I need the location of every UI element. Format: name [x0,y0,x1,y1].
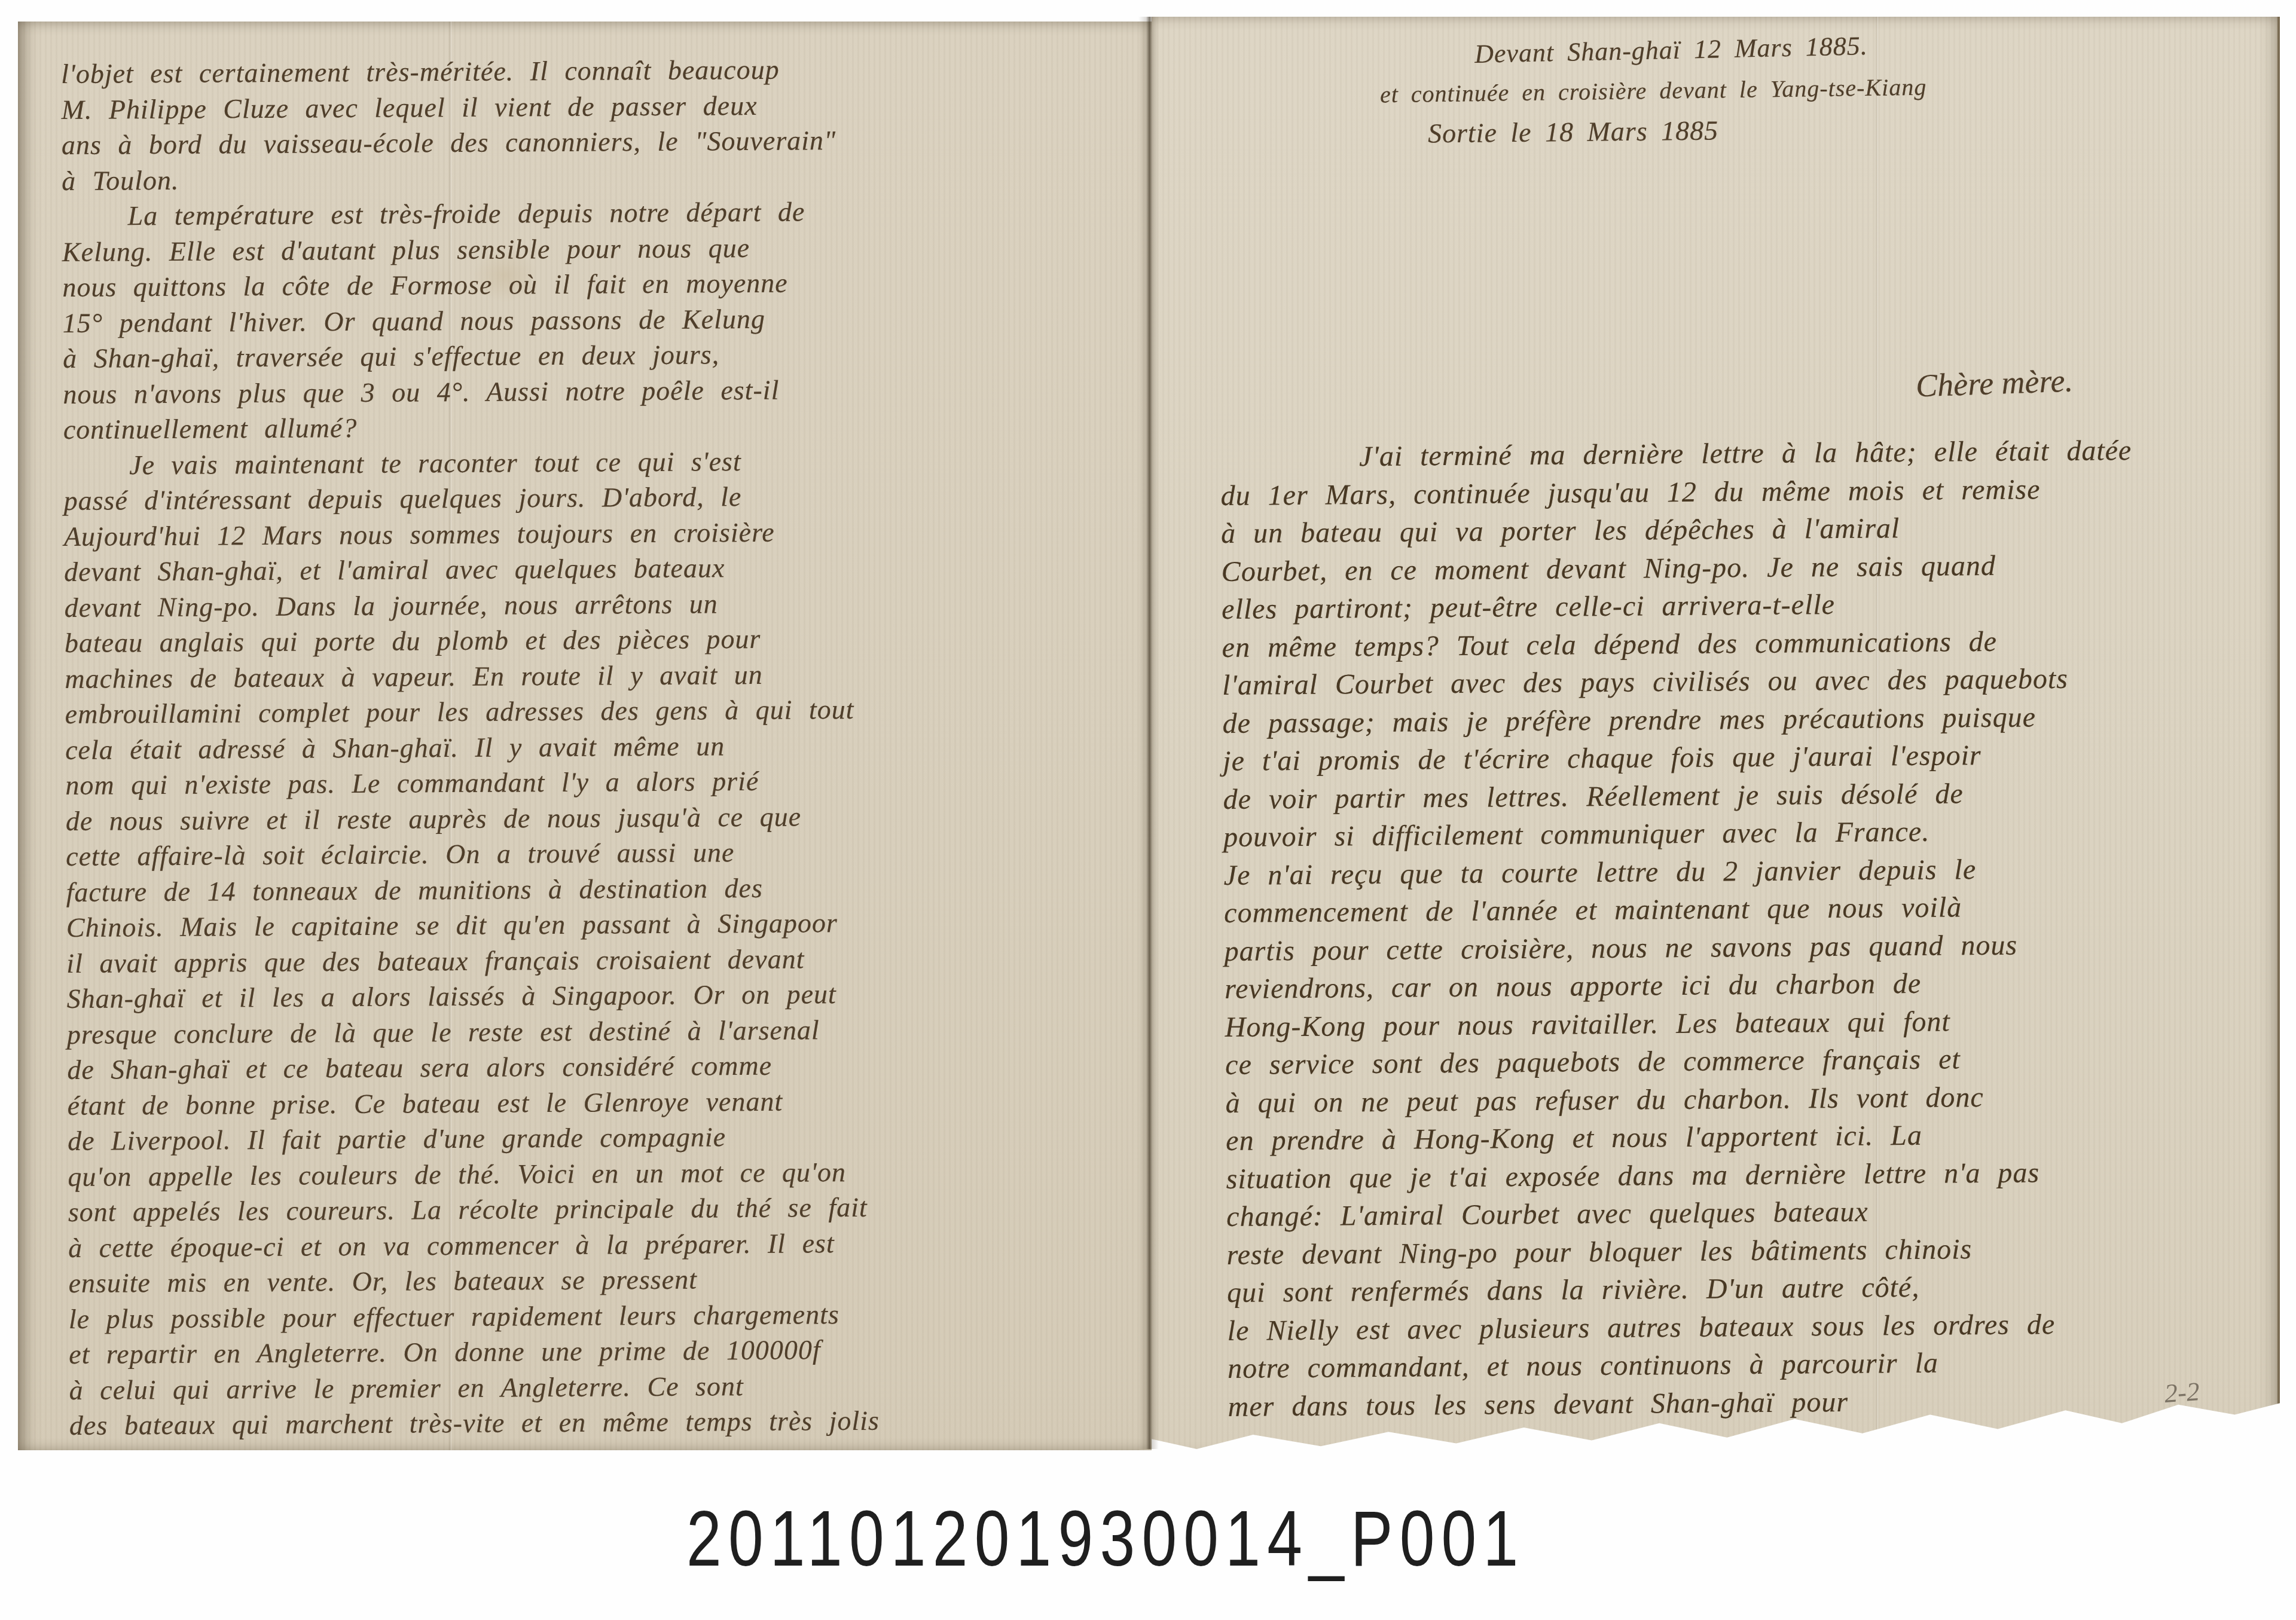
handwriting-line: passé d'intéressant depuis quelques jour… [63,478,874,519]
handwriting-line: changé: L'amiral Courbet avec quelques b… [1226,1191,2138,1236]
handwriting-line: l'objet est certainement très-méritée. I… [61,51,871,92]
handwriting-line: cette affaire-là soit éclaircie. On a tr… [66,834,876,875]
handwriting-line: Hong-Kong pour nous ravitailler. Les bat… [1225,1001,2136,1046]
handwriting-line: Je vais maintenant te raconter tout ce q… [63,442,874,483]
handwriting-line: facture de 14 tonneaux de munitions à de… [66,869,876,910]
handwriting-line: à Shan-ghaï, traversée qui s'effectue en… [63,336,873,377]
handwriting-line: de Shan-ghaï et ce bateau sera alors con… [67,1047,877,1088]
letter-salutation: Chère mère. [1915,362,2074,404]
handwriting-line: en même temps? Tout cela dépend des comm… [1222,622,2133,667]
handwriting-line: pouvoir si difficilement communiquer ave… [1223,811,2135,856]
handwriting-line: Je n'ai reçu que ta courte lettre du 2 j… [1223,849,2135,894]
handwriting-line: reste devant Ning-po pour bloquer les bâ… [1226,1228,2138,1273]
letter-left-page: l'objet est certainement très-méritée. I… [18,22,1152,1450]
handwriting-line: commencement de l'année et maintenant qu… [1224,887,2135,932]
handwriting-line: à cette époque-ci et on va commencer à l… [68,1225,878,1266]
handwriting-line: bateau anglais qui porte du plomb et des… [65,621,875,661]
handwriting-line: il avait appris que des bateaux français… [66,940,877,981]
handwriting-line: embrouillamini complet pour les adresses… [65,692,875,732]
letter-dateline-cruise-note: et continuée en croisière devant le Yang… [1380,73,1927,109]
handwriting-line: elles partiront; peut-être celle-ci arri… [1222,583,2133,628]
handwriting-line: Courbet, en ce moment devant Ning-po. Je… [1221,546,2132,591]
handwriting-line: sont appelés les coureurs. La récolte pr… [68,1190,878,1230]
handwriting-line: à celui qui arrive le premier en Anglete… [69,1367,879,1408]
handwriting-line: nom qui n'existe pas. Le commandant l'y … [65,763,875,803]
handwriting-line: le plus possible pour effectuer rapideme… [69,1296,879,1337]
handwriting-line: partis pour cette croisière, nous ne sav… [1224,925,2135,970]
handwriting-line: Chinois. Mais le capitaine se dit qu'en … [66,905,877,946]
handwriting-line: situation que je t'ai exposée dans ma de… [1226,1153,2137,1197]
handwriting-line: presque conclure de là que le reste est … [67,1011,877,1052]
handwriting-line: et repartir en Angleterre. On donne une … [69,1332,879,1373]
handwriting-line: de passage; mais je préfère prendre mes … [1222,698,2133,742]
letter-dateline-sent-date: Sortie le 18 Mars 1885 [1428,114,1719,149]
page-fold-shadow [1138,17,1159,1449]
handwriting-line: du 1er Mars, continuée jusqu'au 12 du mê… [1220,470,2132,515]
handwriting-line: le Nielly est avec plusieurs autres bate… [1227,1304,2138,1349]
handwriting-line: nous quittons la côte de Formose où il f… [62,265,872,305]
pencil-page-number-note: 2-2 [2163,1376,2200,1409]
handwriting-line: de Liverpool. Il fait partie d'une grand… [68,1118,878,1159]
archive-id-label: 201101201930014_P001 [686,1493,1525,1584]
handwriting-line: nous n'avons plus que 3 ou 4°. Aussi not… [63,371,873,412]
letter-right-page: Devant Shan-ghaï 12 Mars 1885. et contin… [1152,17,2280,1449]
handwriting-line: Kelung. Elle est d'autant plus sensible … [62,229,872,270]
handwriting-line: devant Shan-ghaï, et l'amiral avec quelq… [64,549,874,590]
handwriting-line: qu'on appelle les couleurs de thé. Voici… [68,1154,878,1194]
handwriting-line: mer dans tous les sens devant Shan-ghaï … [1228,1380,2139,1425]
handwriting-line: ensuite mis en vente. Or, les bateaux se… [68,1261,878,1301]
handwriting-line: Aujourd'hui 12 Mars nous sommes toujours… [64,513,874,554]
handwriting-line: M. Philippe Cluze avec lequel il vient d… [61,87,871,127]
handwriting-line: continuellement allumé? [63,407,874,448]
handwriting-line: l'amiral Courbet avec des pays civilisés… [1222,659,2133,704]
letter-dateline-place-date: Devant Shan-ghaï 12 Mars 1885. [1474,30,1868,69]
handwriting-line: en prendre à Hong-Kong et nous l'apporte… [1226,1115,2137,1160]
handwriting-line: étant de bonne prise. Ce bateau est le G… [68,1083,878,1123]
handwriting-line: La température est très-froide depuis no… [62,194,872,234]
handwriting-line: ans à bord du vaisseau-école des canonni… [62,123,872,163]
handwriting-line: ce service sont des paquebots de commerc… [1225,1039,2136,1084]
handwriting-line: machines de bateaux à vapeur. En route i… [65,656,875,696]
handwriting-line: des bateaux qui marchent très-vite et en… [69,1403,880,1444]
handwriting-line: à Toulon. [62,158,872,198]
handwriting-line: J'ai terminé ma dernière lettre à la hât… [1220,432,2132,476]
handwriting-line: de voir partir mes lettres. Réellement j… [1223,774,2134,818]
handwriting-line: je t'ai promis de t'écrire chaque fois q… [1223,735,2134,780]
handwriting-line: reviendrons, car on nous apporte ici du … [1225,963,2136,1008]
handwriting-line: de nous suivre et il reste auprès de nou… [66,798,876,839]
scan-background: { "document": { "id_label": "20110120193… [0,0,2296,1620]
handwriting-line: notre commandant, et nous continuons à p… [1228,1343,2139,1387]
right-page-handwriting: J'ai terminé ma dernière lettre à la hât… [1220,432,2139,1426]
left-page-handwriting: l'objet est certainement très-méritée. I… [61,51,880,1444]
handwriting-line: Shan-ghaï et il les a alors laissés à Si… [66,976,877,1017]
handwriting-line: devant Ning-po. Dans la journée, nous ar… [64,585,874,625]
handwriting-line: à qui on ne peut pas refuser du charbon.… [1225,1077,2136,1121]
handwriting-line: à un bateau qui va porter les dépêches à… [1221,508,2132,552]
handwriting-line: 15° pendant l'hiver. Or quand nous passo… [63,300,873,341]
handwriting-line: cela était adressé à Shan-ghaï. Il y ava… [65,727,875,768]
handwriting-line: qui sont renfermés dans la rivière. D'un… [1227,1267,2138,1312]
